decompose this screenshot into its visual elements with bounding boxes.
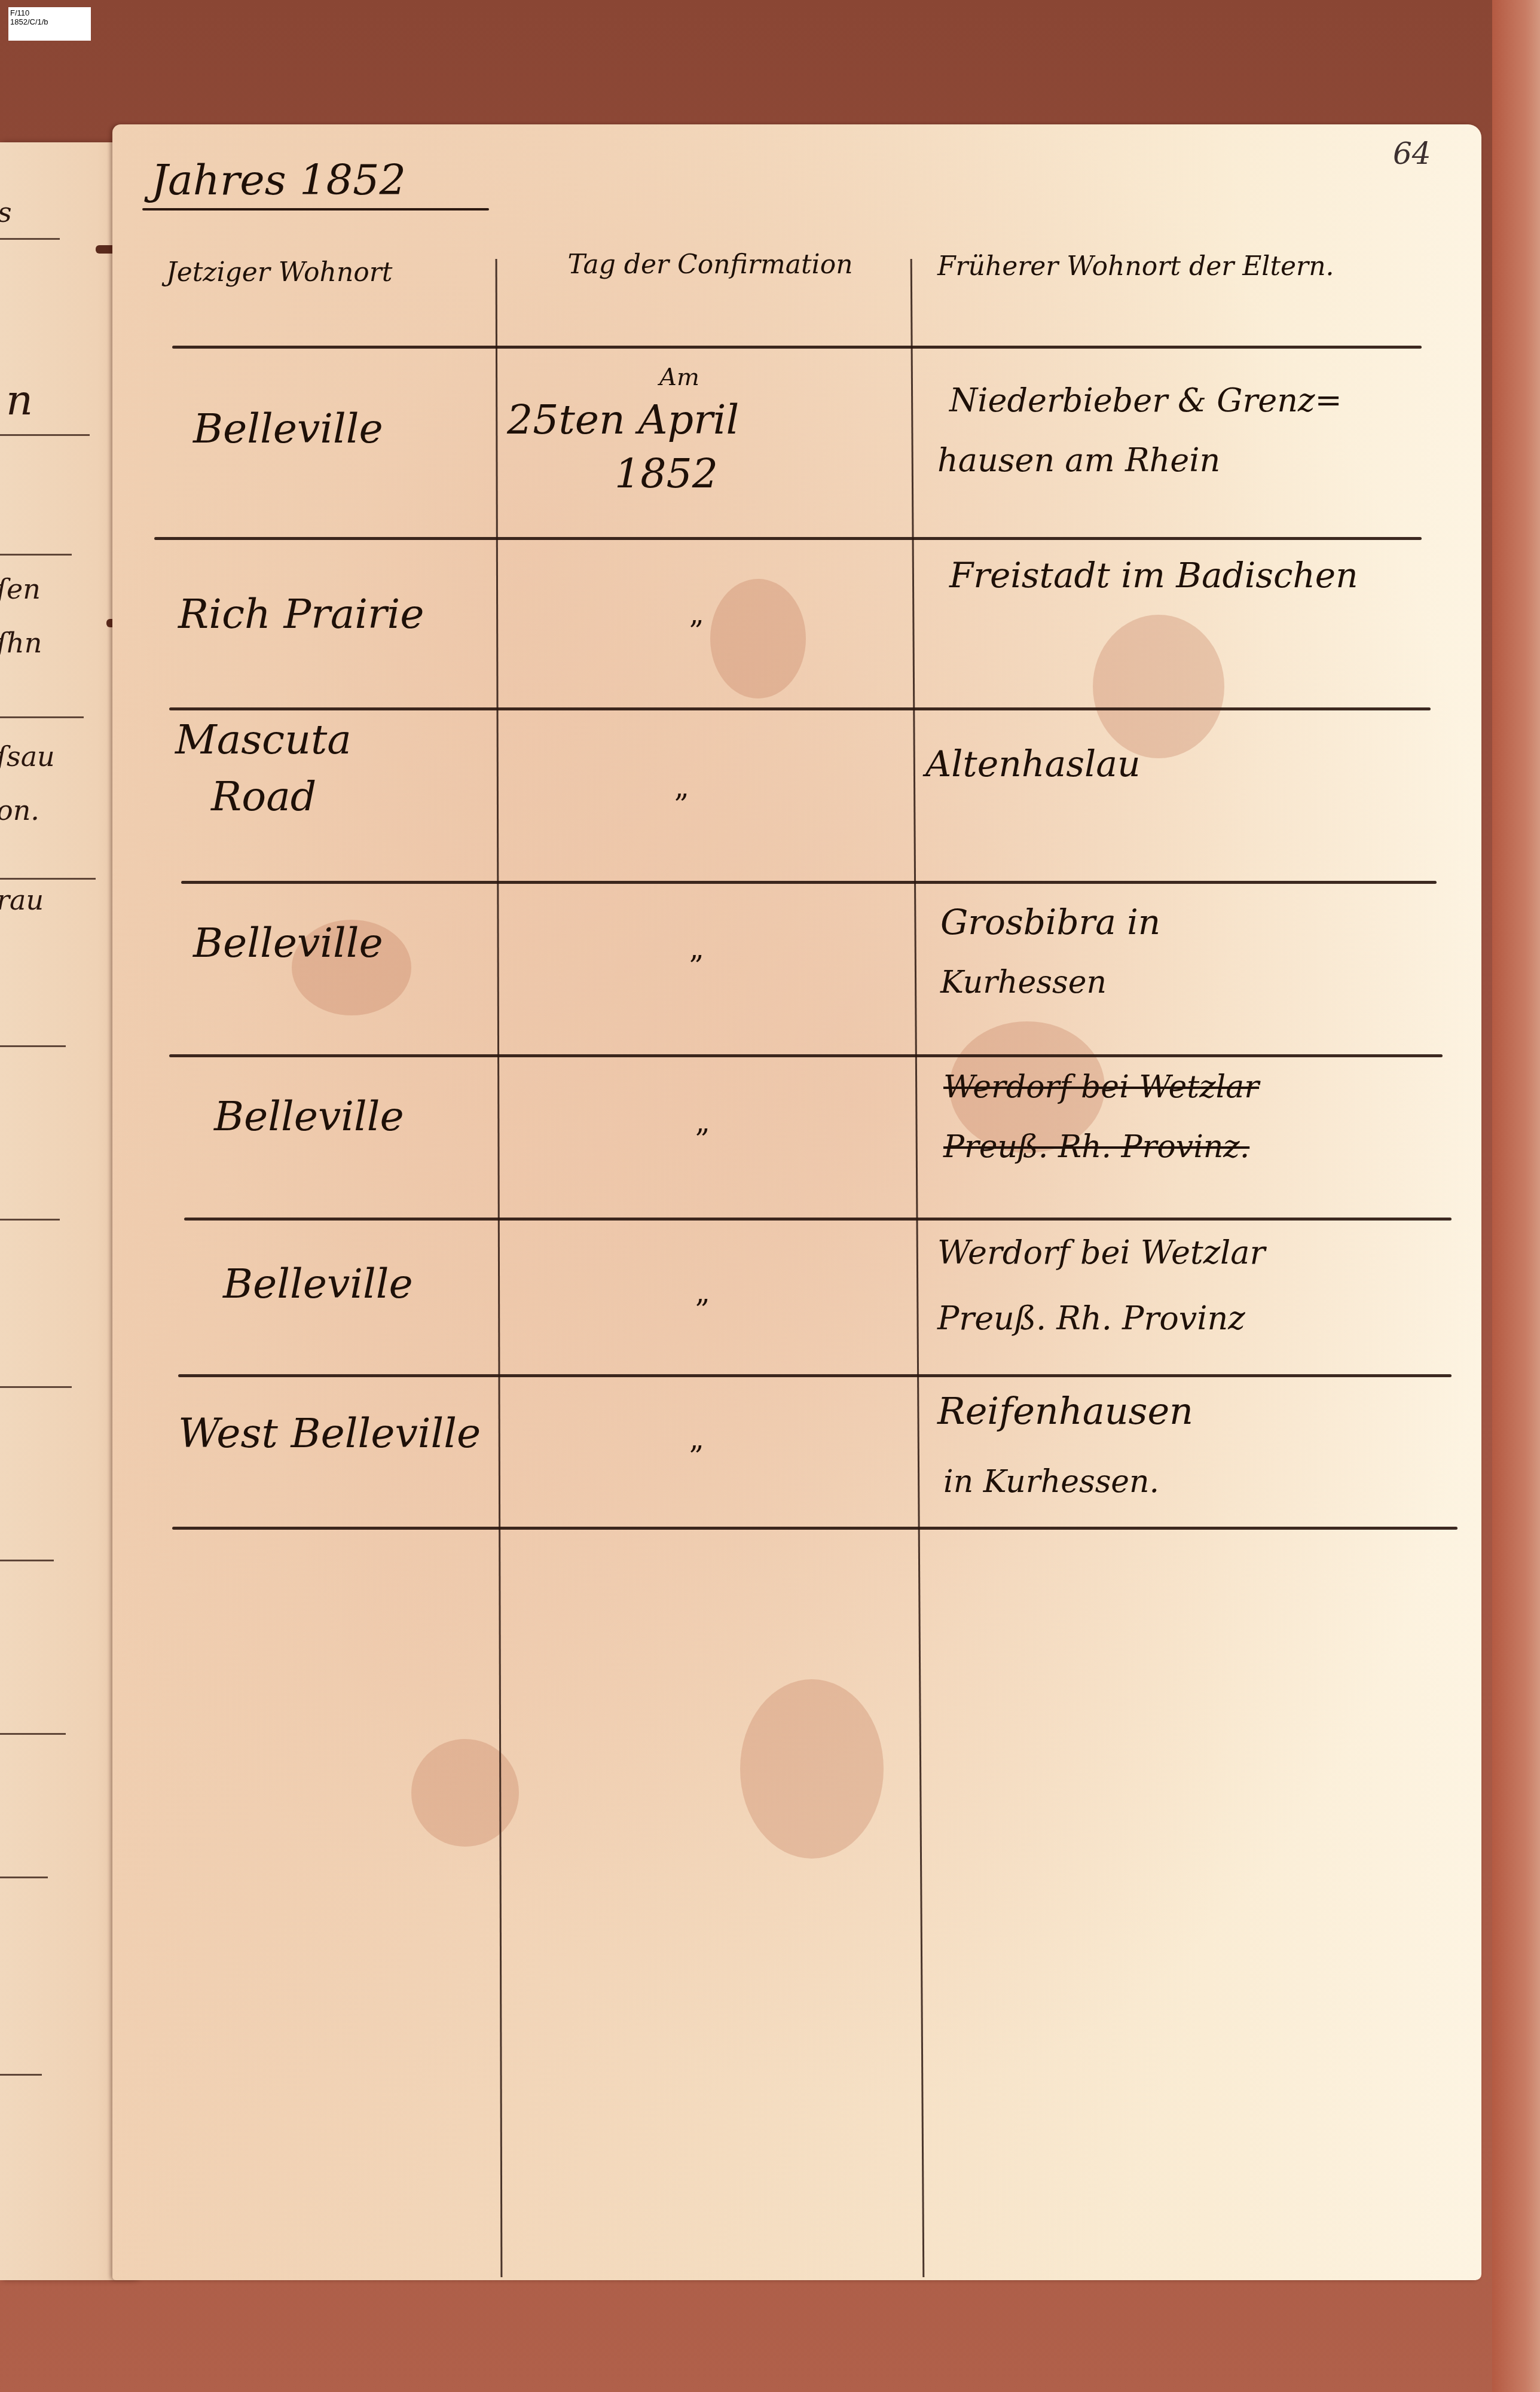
row-2-current-residence: Rich Prairie — [178, 591, 424, 638]
row-3-current-residence-line-2: Road — [211, 773, 316, 820]
heading-underline — [142, 208, 489, 210]
row-5-ditto-mark: „ — [695, 1105, 710, 1139]
row-6-current-residence: Belleville — [223, 1261, 413, 1308]
background-edge — [1492, 0, 1540, 2392]
row-rule — [184, 1218, 1452, 1221]
row-4-ditto-mark: „ — [689, 932, 704, 965]
foxing-stain — [1093, 615, 1224, 758]
row-7-current-residence: West Belleville — [178, 1410, 481, 1457]
left-rule — [0, 878, 96, 880]
column-header-current-residence: Jetziger Wohnort — [166, 257, 392, 288]
left-rule — [0, 1045, 66, 1047]
left-fragment: s — [0, 196, 12, 228]
row-7-former-residence-line-1: Reifenhausen — [937, 1389, 1193, 1433]
row-3-current-residence-line-1: Mascuta — [175, 716, 352, 764]
row-5-former-residence-line-1-struck: Werdorf bei Wetzlar — [943, 1069, 1259, 1105]
reference-line-1: F/110 — [10, 8, 89, 17]
left-rule — [0, 1219, 60, 1221]
left-rule — [0, 2074, 42, 2076]
left-rule — [0, 554, 72, 556]
row-1-former-residence-line-1: Niederbieber & Grenz= — [949, 382, 1342, 419]
row-2-former-residence: Freistadt im Badischen — [949, 555, 1358, 596]
column-divider — [910, 259, 925, 2277]
reference-line-2: 1852/C/1/b — [10, 17, 89, 26]
left-rule — [0, 716, 84, 718]
row-5-current-residence: Belleville — [214, 1093, 404, 1140]
row-1-date-prefix: Am — [659, 364, 699, 391]
year-heading: Jahres 1852 — [151, 155, 406, 205]
left-fragment: ſsau — [0, 740, 55, 773]
row-rule — [169, 707, 1431, 710]
foxing-stain — [740, 1679, 884, 1859]
left-fragment: n — [6, 376, 33, 425]
left-fragment: rau — [0, 884, 44, 916]
left-fragment: ſhn — [0, 627, 42, 659]
row-1-current-residence: Belleville — [193, 405, 383, 453]
left-fragment: ſen — [0, 573, 41, 605]
row-rule — [154, 537, 1422, 540]
left-rule — [0, 238, 60, 240]
row-6-former-residence-line-1: Werdorf bei Wetzlar — [937, 1234, 1265, 1271]
row-5-former-residence-line-2-struck: Preuß. Rh. Provinz. — [943, 1129, 1249, 1165]
header-rule — [172, 346, 1422, 349]
left-rule — [0, 1733, 66, 1735]
column-header-former-residence: Früherer Wohnort der Eltern. — [937, 247, 1452, 286]
row-6-former-residence-line-2: Preuß. Rh. Provinz — [937, 1299, 1245, 1337]
row-rule — [178, 1374, 1452, 1377]
column-divider — [496, 259, 503, 2277]
row-4-current-residence: Belleville — [193, 920, 383, 967]
row-6-ditto-mark: „ — [695, 1276, 710, 1309]
row-3-ditto-mark: „ — [674, 770, 689, 804]
row-rule — [169, 1054, 1443, 1057]
left-rule — [0, 1877, 48, 1878]
row-1-former-residence-line-2: hausen am Rhein — [937, 441, 1220, 479]
archive-reference-label: F/110 1852/C/1/b — [8, 7, 91, 41]
row-1-confirmation-year: 1852 — [615, 450, 718, 498]
row-1-confirmation-day: 25ten April — [507, 396, 739, 444]
foxing-stain — [411, 1739, 519, 1847]
row-7-ditto-mark: „ — [689, 1422, 704, 1456]
left-fragment: on. — [0, 794, 39, 826]
column-header-confirmation-day: Tag der Confirmation — [519, 247, 902, 283]
row-7-former-residence-line-2: in Kurhessen. — [943, 1464, 1159, 1500]
foxing-stain — [710, 579, 806, 698]
row-4-former-residence-line-2: Kurhessen — [940, 965, 1107, 1000]
left-rule — [0, 1386, 72, 1388]
left-rule — [0, 1560, 54, 1561]
row-3-former-residence: Altenhaslau — [925, 743, 1141, 785]
page-number: 64 — [1393, 136, 1431, 171]
left-rule — [0, 434, 90, 436]
register-page: 64 Jahres 1852 Jetziger Wohnort Tag der … — [112, 124, 1481, 2280]
row-rule — [172, 1527, 1457, 1530]
row-2-ditto-mark: „ — [689, 597, 704, 630]
row-4-former-residence-line-1: Grosbibra in — [940, 902, 1160, 942]
row-rule — [181, 881, 1437, 884]
